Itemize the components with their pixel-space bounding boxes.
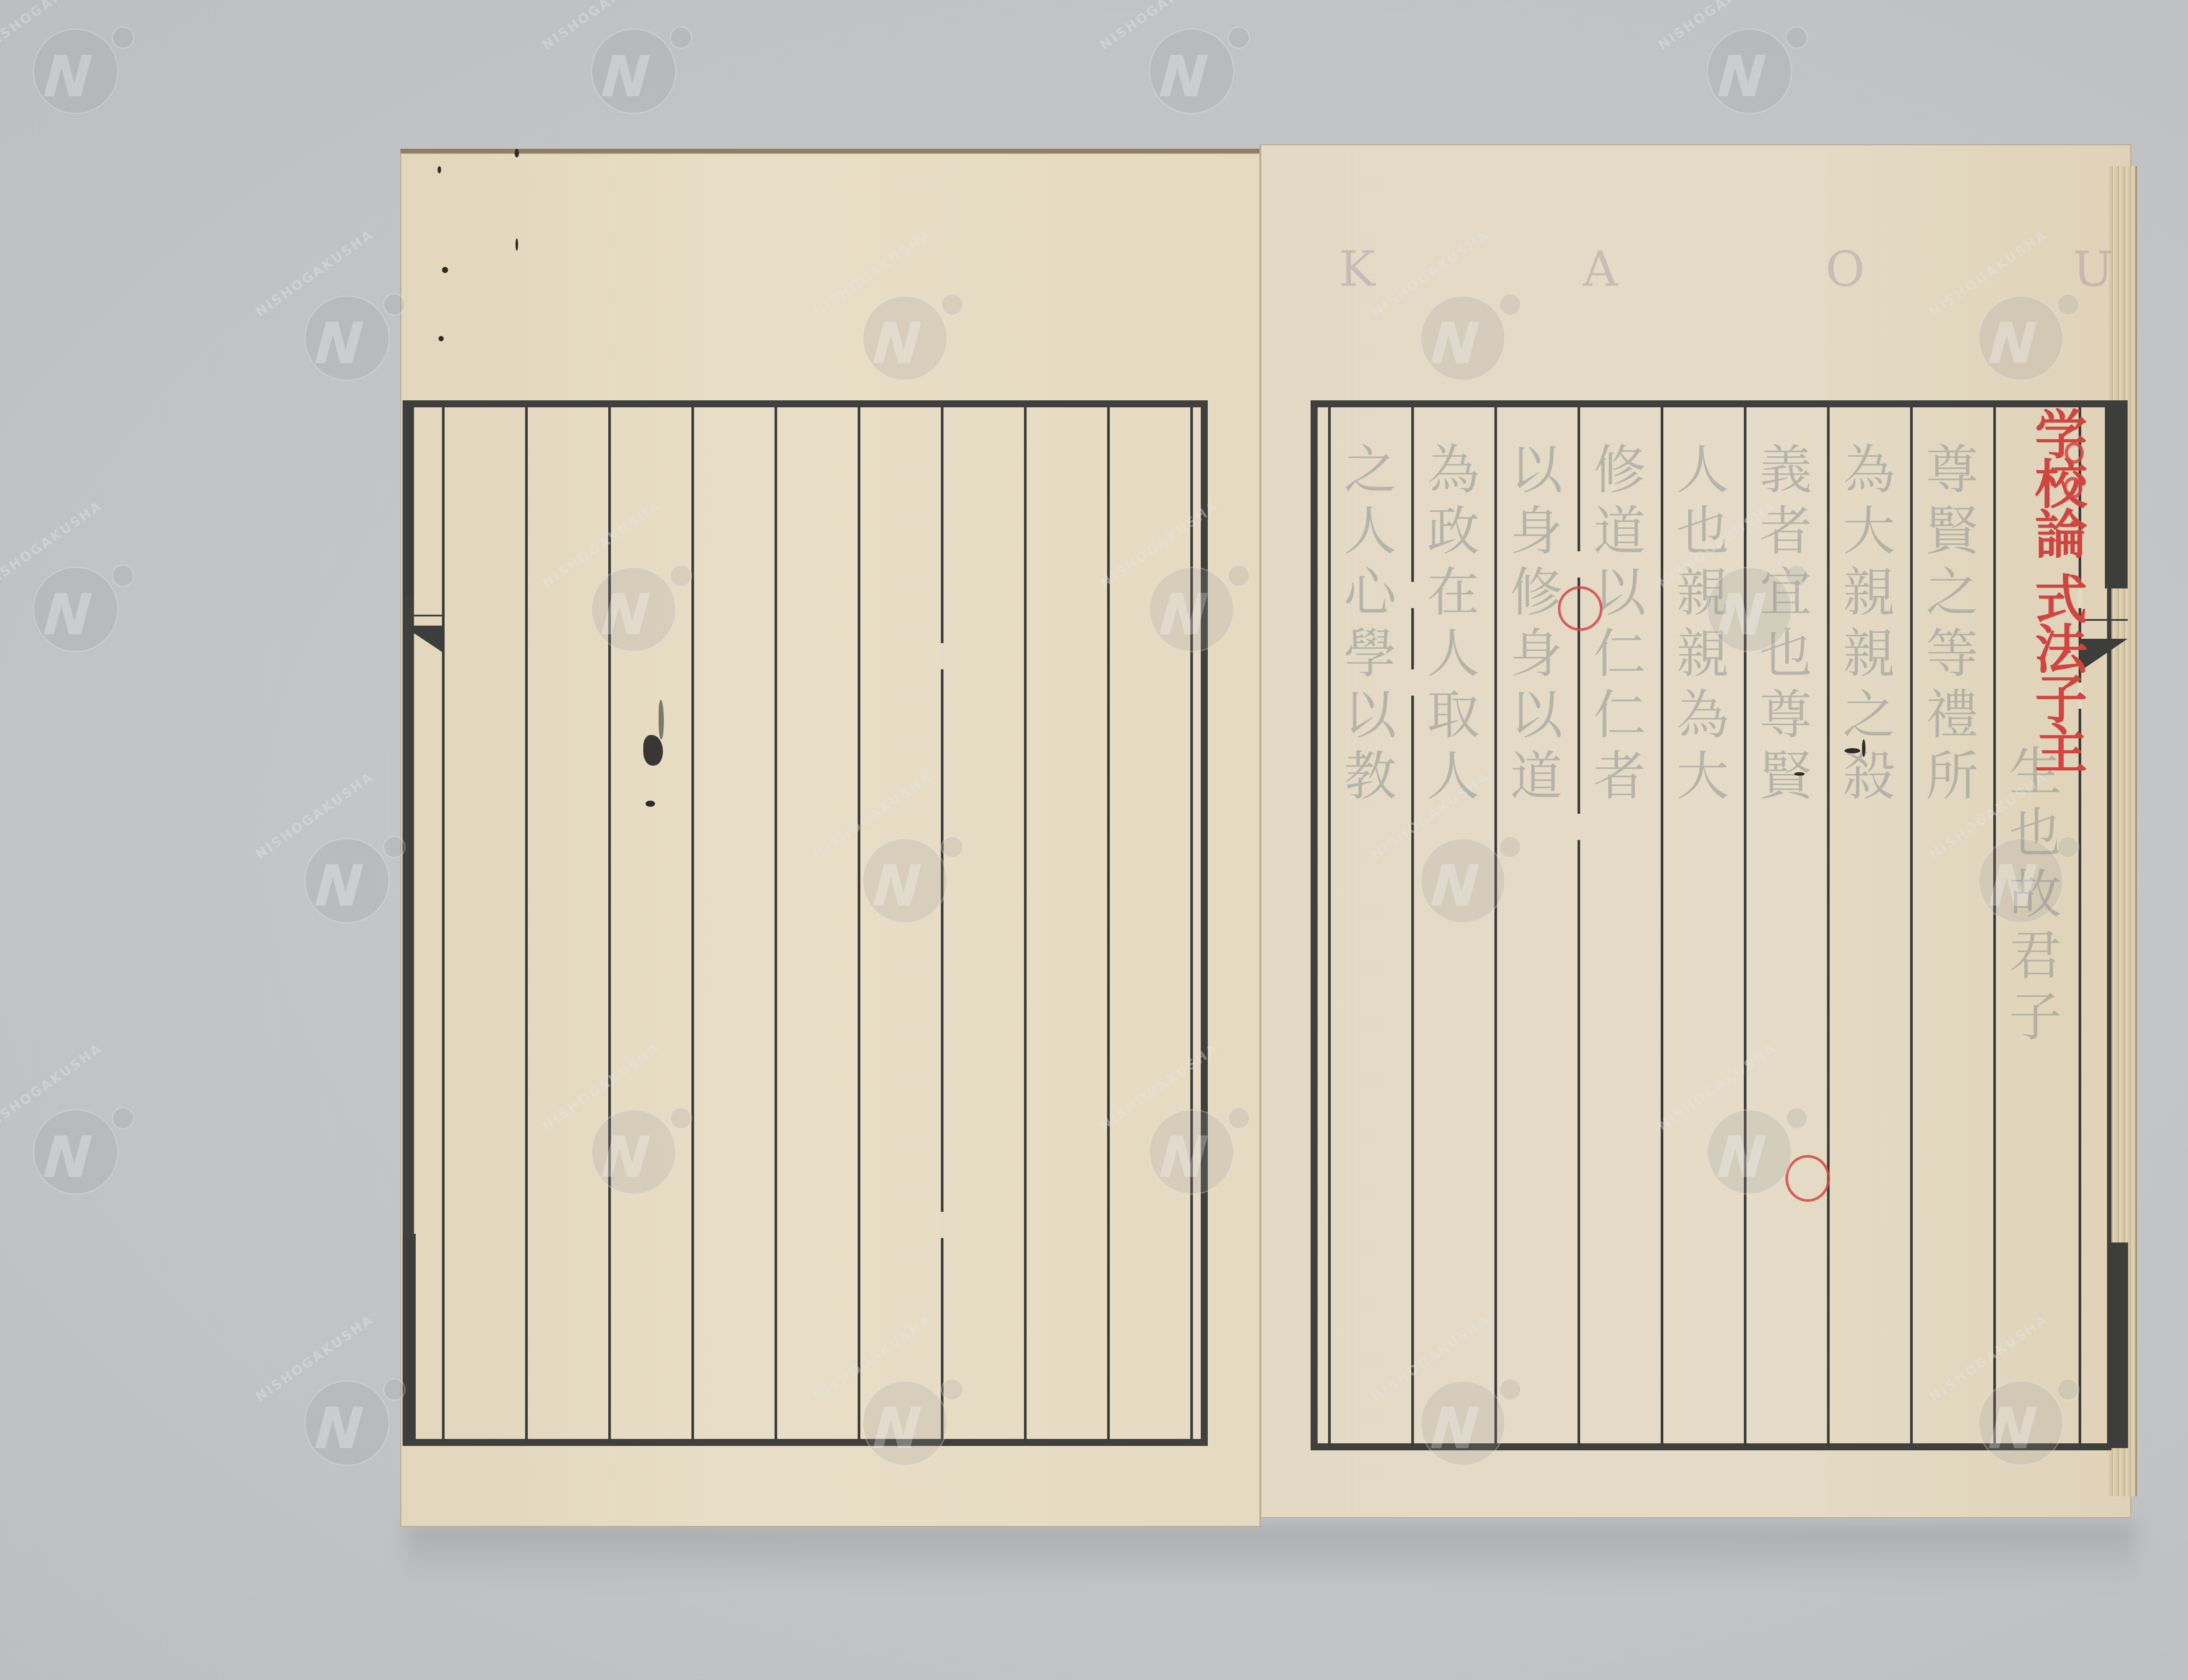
column-line (1024, 407, 1027, 1442)
watermark-logo: NNISHOGAKUSHA (1958, 1356, 2072, 1470)
watermark-dot-icon (941, 1378, 964, 1401)
ink-dot (1794, 772, 1805, 776)
watermark-dot-icon (941, 293, 964, 316)
line-break (1577, 814, 1581, 840)
book-shadow (407, 1522, 2135, 1584)
watermark-logo: NNISHOGAKUSHA (1400, 1356, 1514, 1470)
watermark-dot-icon (1499, 293, 1522, 316)
line-break (1410, 669, 1415, 696)
watermark-dot-icon (112, 1107, 134, 1130)
line-break (1410, 582, 1415, 608)
watermark-logo: NNISHOGAKUSHA (1958, 814, 2072, 927)
line-break (940, 643, 944, 669)
column-line (1827, 407, 1830, 1446)
watermark-logo: NNISHOGAKUSHA (284, 1356, 398, 1470)
watermark-dot-icon (670, 26, 692, 49)
watermark-dot-icon (941, 836, 964, 858)
column-line (1661, 407, 1663, 1446)
watermark-logo: NNISHOGAKUSHA (13, 542, 127, 656)
watermark-dot-icon (1785, 564, 1808, 587)
watermark-logo: NNISHOGAKUSHA (1129, 1085, 1243, 1199)
column-line (525, 407, 528, 1442)
watermark-dot-icon (1227, 564, 1250, 587)
watermark-logo: NNISHOGAKUSHA (571, 542, 685, 656)
watermark-dot-icon (2057, 1378, 2079, 1401)
column-line (1910, 407, 1913, 1446)
ink-dot (1862, 739, 1865, 757)
right-fishtail-top (2105, 400, 2128, 588)
watermark-logo: NNISHOGAKUSHA (571, 1085, 685, 1199)
left-page-frame (403, 400, 1208, 1446)
watermark-dot-icon (1227, 26, 1250, 49)
watermark-logo: NNISHOGAKUSHA (842, 1356, 956, 1470)
watermark-dot-icon (1227, 1107, 1250, 1130)
watermark-logo: NNISHOGAKUSHA (13, 1085, 127, 1199)
watermark-dot-icon (1499, 836, 1522, 858)
column-line (1328, 407, 1331, 1446)
ink-dot (1844, 748, 1860, 753)
watermark-logo: NNISHOGAKUSHA (13, 4, 127, 118)
ink-dot (645, 801, 655, 807)
ink-dot (515, 149, 519, 157)
line-break (1577, 551, 1581, 577)
red-annotation-mark (2065, 442, 2084, 464)
line-break (940, 1212, 944, 1238)
watermark-dot-icon (112, 26, 134, 49)
left-fishtail-line (414, 615, 442, 616)
column-line (691, 407, 694, 1442)
red-circle-mark (1558, 586, 1602, 631)
watermark-dot-icon (670, 1107, 692, 1130)
watermark-dot-icon (1785, 26, 1808, 49)
watermark-dot-icon (383, 836, 406, 858)
watermark-dot-icon (2057, 836, 2079, 858)
watermark-logo: NNISHOGAKUSHA (842, 814, 956, 927)
watermark-logo: NNISHOGAKUSHA (1129, 4, 1243, 118)
watermark-dot-icon (1499, 1378, 1522, 1401)
watermark-logo: NNISHOGAKUSHA (1400, 814, 1514, 927)
watermark-dot-icon (112, 564, 134, 587)
watermark-dot-icon (670, 564, 692, 587)
watermark-dot-icon (2057, 293, 2079, 316)
watermark-dot-icon (383, 1378, 406, 1401)
watermark-logo: NNISHOGAKUSHA (1129, 542, 1243, 656)
red-annotation: 学校論 式法子主 (2009, 407, 2083, 801)
watermark-dot-icon (383, 293, 406, 316)
watermark-logo: NNISHOGAKUSHA (571, 4, 685, 118)
red-annotation-mark (2063, 477, 2083, 499)
watermark-logo: NNISHOGAKUSHA (284, 814, 398, 927)
watermark-logo: NNISHOGAKUSHA (1400, 271, 1514, 385)
watermark-logo: NNISHOGAKUSHA (842, 271, 956, 385)
ink-dot (438, 336, 444, 341)
column-line (775, 407, 777, 1442)
column-line (1578, 407, 1580, 1446)
watermark-dot-icon (1785, 1107, 1808, 1130)
left-fishtail-bottom (403, 1234, 416, 1444)
watermark-logo: NNISHOGAKUSHA (1687, 4, 1801, 118)
column-line (442, 407, 445, 1442)
left-fishtail-top (403, 400, 414, 597)
ink-dot (515, 238, 518, 251)
ink-dot (438, 166, 441, 173)
watermark-logo: NNISHOGAKUSHA (1687, 1085, 1801, 1199)
ink-dot (442, 267, 448, 273)
watermark-logo: NNISHOGAKUSHA (1958, 271, 2072, 385)
column-line (1107, 407, 1110, 1442)
watermark-logo: NNISHOGAKUSHA (1687, 542, 1801, 656)
watermark-logo: NNISHOGAKUSHA (284, 271, 398, 385)
right-fishtail-bottom (2107, 1242, 2128, 1448)
